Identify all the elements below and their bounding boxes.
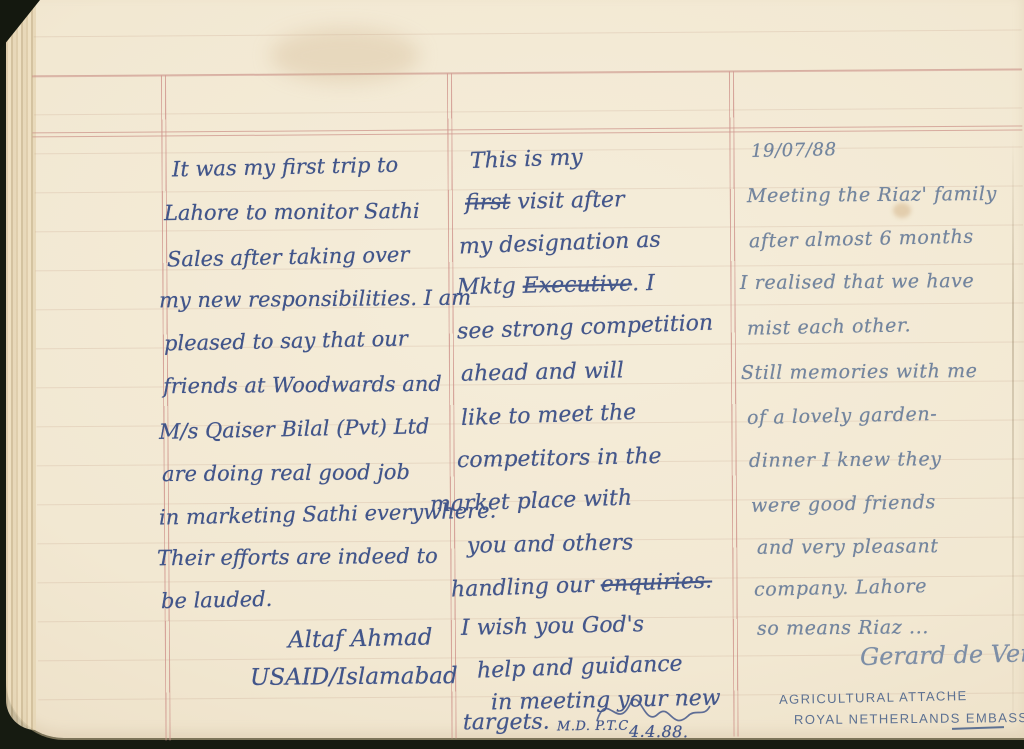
handwritten-line: and very pleasant (757, 535, 939, 559)
handwritten-line: of a lovely garden- (747, 403, 938, 429)
signature: Altaf Ahmad (288, 624, 433, 653)
handwritten-line: ahead and will (461, 358, 624, 386)
handwritten-line: Still memories with me (741, 360, 978, 384)
line-text: Mktg (457, 274, 523, 300)
handwritten-line: Lahore to monitor Sathi (164, 199, 420, 225)
handwritten-line: my new responsibilities. I am (159, 286, 471, 313)
scanned-notebook-page: It was my first trip to Lahore to monito… (0, 0, 1024, 749)
handwritten-line: were good friends (751, 491, 936, 517)
handwritten-line: be lauded. (161, 587, 273, 613)
handwritten-line: company. Lahore (754, 575, 927, 601)
handwritten-line: after almost 6 months (749, 226, 974, 253)
handwritten-line: Sales after taking over (167, 242, 410, 271)
handwritten-line: pleased to say that our (164, 326, 408, 355)
signature-organization: USAID/Islamabad (250, 663, 458, 691)
signature: Gerard de Vent (860, 639, 1024, 671)
handwritten-line: dinner I knew they (749, 448, 942, 472)
handwritten-line: I realised that we have (740, 270, 975, 294)
handwritten-line: Mktg Executive. I (457, 271, 655, 300)
handwritten-line: Their efforts are indeed to (157, 544, 438, 570)
line-text: visit after (510, 187, 625, 214)
handwritten-line: This is my (470, 145, 584, 174)
handwritten-line: so means Riaz ... (757, 616, 929, 639)
struck-word: Executive (523, 271, 633, 298)
line-text: . I (632, 271, 655, 296)
line-text: handling our (451, 572, 602, 602)
handwritten-line: you and others (467, 530, 634, 558)
handwritten-line: competitors in the (457, 444, 662, 473)
entry-date: 19/07/88 (751, 139, 837, 162)
struck-word: enquiries. (600, 568, 712, 597)
signature-title: ROYAL NETHERLANDS EMBASSY (794, 710, 1024, 727)
entry-date: 4.4.88. (629, 722, 689, 742)
handwritten-line: Meeting the Riaz' family (747, 183, 997, 207)
handwritten-line: mist each other. (747, 314, 912, 339)
handwritten-line: are doing real good job (162, 460, 410, 486)
handwritten-line: targets. (463, 710, 550, 736)
paper-stain (270, 28, 420, 83)
struck-word: first (465, 190, 511, 216)
handwritten-line: It was my first trip to (172, 153, 399, 182)
paper-crease (1012, 140, 1014, 720)
handwritten-line: first visit after (465, 187, 625, 215)
handwritten-line: I wish you God's (461, 612, 645, 641)
handwritten-line: friends at Woodwards and (163, 372, 442, 398)
